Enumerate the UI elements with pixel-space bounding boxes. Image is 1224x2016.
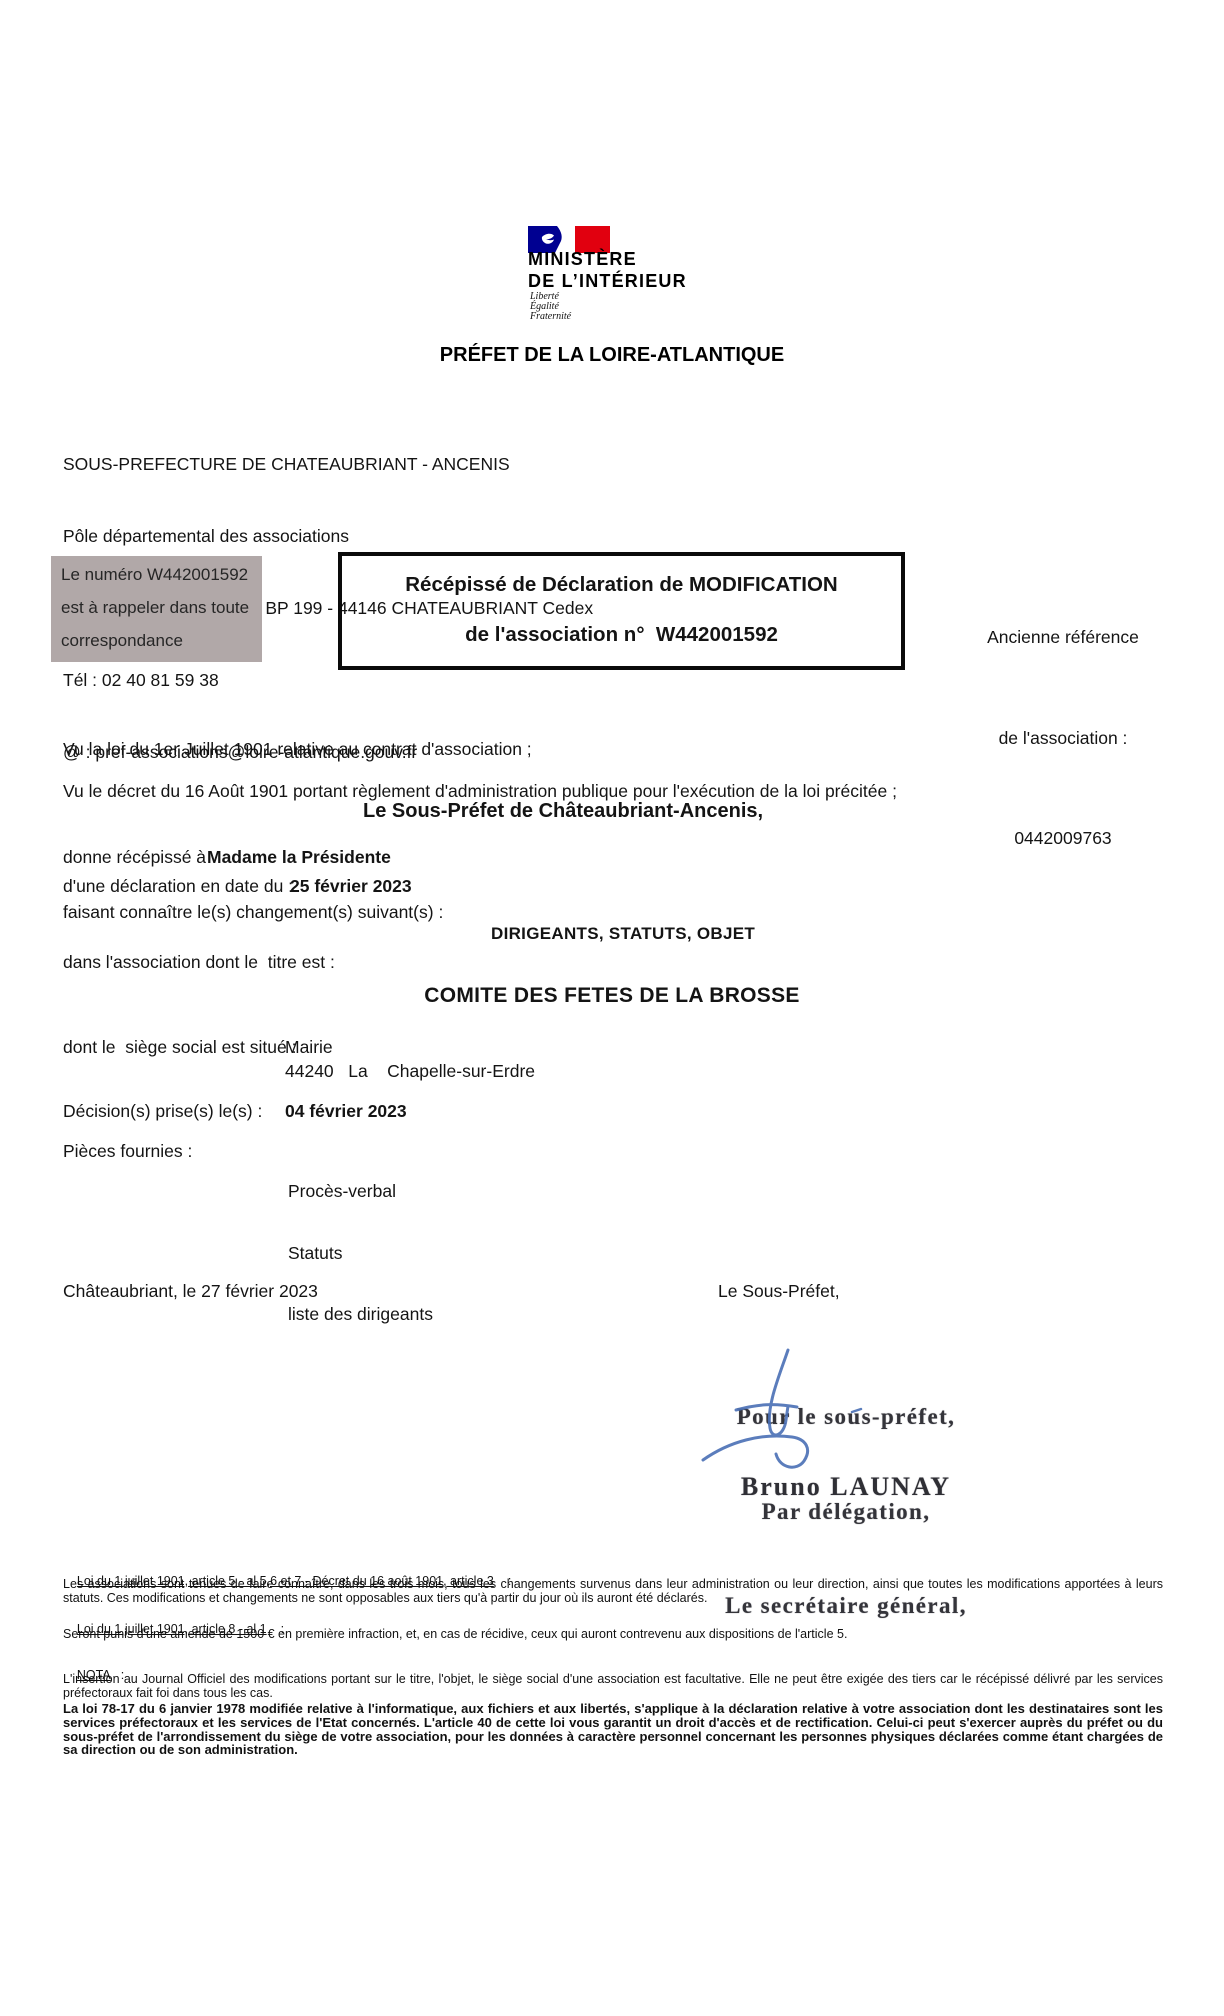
receipt-title-box: Récépissé de Déclaration de MODIFICATION… bbox=[338, 552, 905, 670]
gives-receipt-label: donne récépissé à bbox=[63, 846, 206, 868]
ministry-name-line2: DE L’INTÉRIEUR bbox=[528, 271, 687, 292]
documents-list: Procès-verbal Statuts liste des dirigean… bbox=[288, 1140, 433, 1366]
republic-motto: Liberté Égalité Fraternité bbox=[530, 292, 571, 321]
place-and-date: Châteaubriant, le 27 février 2023 bbox=[63, 1280, 318, 1302]
document-item-proces-verbal: Procès-verbal bbox=[288, 1181, 433, 1202]
footnote-ref1-text: Les associations sont tenues de faire co… bbox=[63, 1577, 1163, 1605]
declaration-date-label: d'une déclaration en date du : bbox=[63, 875, 293, 897]
notice-line1: Le numéro W442001592 bbox=[61, 565, 252, 585]
vu-decree-1901: Vu le décret du 16 Août 1901 portant règ… bbox=[63, 780, 897, 802]
document-item-liste-dirigeants: liste des dirigeants bbox=[288, 1304, 433, 1325]
hq-label: dont le siège social est situé : bbox=[63, 1036, 296, 1058]
scanned-document-page: MINISTÈRE DE L’INTÉRIEUR Liberté Égalité… bbox=[0, 0, 1224, 2016]
prefecture-title: PRÉFET DE LA LOIRE-ATLANTIQUE bbox=[0, 344, 1224, 367]
footnote-nota-text: L'insertion au Journal Officiel des modi… bbox=[63, 1672, 1163, 1700]
old-reference-block: Ancienne référence de l'association : 04… bbox=[953, 554, 1173, 923]
notice-line2: est à rappeler dans toute bbox=[61, 598, 252, 618]
issuing-authority: Le Sous-Préfet de Châteaubriant-Ancenis, bbox=[363, 800, 763, 823]
recipient: Madame la Présidente bbox=[207, 846, 391, 868]
signature-scribble-icon bbox=[700, 1348, 865, 1480]
footnote-privacy-law-text: La loi 78-17 du 6 janvier 1978 modifiée … bbox=[63, 1702, 1163, 1757]
signatory-name: Bruno LAUNAY bbox=[690, 1472, 1002, 1502]
old-reference-value: 0442009763 bbox=[953, 822, 1173, 856]
association-title-label: dans l'association dont le titre est : bbox=[63, 951, 335, 973]
association-name: COMITE DES FETES DE LA BROSSE bbox=[0, 984, 1224, 1008]
ministry-name-line1: MINISTÈRE bbox=[528, 249, 637, 270]
motto-fraternite: Fraternité bbox=[530, 312, 571, 322]
receipt-association-number: de l'association n° W442001592 bbox=[342, 623, 901, 647]
sender-office: SOUS-PREFECTURE DE CHATEAUBRIANT - ANCEN… bbox=[63, 452, 593, 476]
footnote-ref2-text: Seront punis d'une amende de 1500 € en p… bbox=[63, 1627, 1163, 1641]
decision-date-value: 04 février 2023 bbox=[285, 1100, 407, 1122]
old-reference-label2: de l'association : bbox=[953, 722, 1173, 756]
handwritten-signature bbox=[700, 1348, 865, 1485]
changes-value: DIRIGEANTS, STATUTS, OBJET bbox=[491, 924, 755, 944]
vu-law-1901: Vu la loi du 1er Juillet 1901 relative a… bbox=[63, 738, 532, 760]
sender-department: Pôle départemental des associations bbox=[63, 524, 593, 548]
old-reference-label1: Ancienne référence bbox=[953, 621, 1173, 655]
association-number-notice: Le numéro W442001592 est à rappeler dans… bbox=[51, 556, 262, 662]
hq-value-line1: Mairie bbox=[285, 1036, 333, 1058]
declaration-date-value: 25 février 2023 bbox=[290, 875, 412, 897]
decision-date-label: Décision(s) prise(s) le(s) : bbox=[63, 1100, 262, 1122]
changes-label: faisant connaître le(s) changement(s) su… bbox=[63, 901, 443, 923]
receipt-title: Récépissé de Déclaration de MODIFICATION bbox=[342, 573, 901, 597]
sender-phone: Tél : 02 40 81 59 38 bbox=[63, 668, 593, 692]
document-item-statuts: Statuts bbox=[288, 1243, 433, 1264]
hq-value-line2: 44240 La Chapelle-sur-Erdre bbox=[285, 1060, 535, 1082]
documents-label: Pièces fournies : bbox=[63, 1140, 192, 1162]
notice-line3: correspondance bbox=[61, 631, 252, 651]
signatory-title: Le Sous-Préfet, bbox=[718, 1280, 840, 1302]
